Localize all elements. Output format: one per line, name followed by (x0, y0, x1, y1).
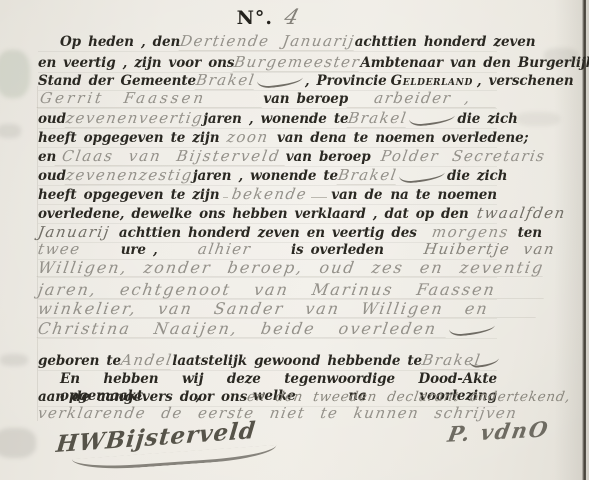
printed-label: en veertig , zijn voor ons (38, 55, 234, 72)
line-declarant2-relation: heeft opgegeven te zijn bekende van de n… (38, 186, 497, 205)
bleed-through-smudge (0, 50, 30, 98)
line-declarant1-relation: heeft opgegeven te zijn zoon van de na t… (38, 129, 497, 148)
printed-label: van beroep (286, 149, 371, 166)
printed-label: ure , (121, 242, 158, 259)
ink-flourish (409, 112, 456, 127)
handwritten-deceased-details: Willigen, zonder beroep, oud zes en zeve… (37, 259, 546, 277)
ink-flourish (399, 169, 446, 184)
printed-label: Ambtenaar van den Burgerlijken (360, 55, 589, 72)
handwritten-hour: twee (37, 241, 82, 258)
printed-label: na te noemen overledene (328, 130, 524, 147)
handwritten-declarant2-occupation: Polder Secretaris (369, 148, 546, 165)
handwritten-declarant1-age: zevenenveertig (65, 110, 205, 128)
printed-label: die zich (457, 111, 517, 128)
line-deceased-details-4: Christina Naaijen, beide overleden (38, 320, 497, 339)
bleed-through-smudge (0, 124, 21, 138)
line-deceased-details-1: Willigen, zonder beroep, oud zes en zeve… (38, 259, 497, 278)
handwritten-place: alhier (196, 241, 252, 258)
handwritten-entry-date: Dertiende Januarij (179, 33, 356, 51)
printed-label: is overleden (291, 242, 384, 259)
handwritten-declarant1-relation: zoon (226, 129, 270, 146)
printed-label: achttien honderd zeven en veertig des (119, 225, 417, 242)
line-deceased-details-2: jaren, echtgenoot van Marinus Faassen (38, 281, 497, 300)
line-date-intro: Op heden , den Dertiende Januarij achtti… (38, 33, 497, 52)
printed-label: laatstelijk gewoond hebbende te (172, 353, 422, 370)
printed-label: overledene (38, 206, 120, 223)
handwritten-declarant2-relation: bekende (231, 186, 309, 203)
printed-label: van de (331, 187, 382, 204)
printed-label: , dewelke ons hebben verklaard , dat op … (120, 206, 469, 223)
handwritten-entry-official: Burgemeester (233, 54, 362, 72)
bleed-through-smudge (516, 112, 560, 126)
bleed-through-smudge (0, 428, 36, 458)
printed-province-chunk: , Provincie Gelderland , verschenen (305, 73, 574, 90)
line-official: en veertig , zijn voor ons Burgemeester … (38, 54, 497, 73)
handwritten-death-day: twaalfden (475, 205, 566, 222)
printed-label: , Provincie (305, 73, 387, 90)
line-declarant2-name: en Claas van Bijsterveld van beroep Pold… (38, 148, 497, 167)
printed-label: jaren , wonende te (203, 111, 348, 128)
printed-province-name: Gelderland (391, 73, 473, 90)
handwritten-deceased-details: winkelier, van Sander van Willigen en (37, 300, 539, 318)
ink-flourish (469, 354, 500, 368)
printed-label: na te noemen (390, 187, 497, 204)
handwritten-deceased-details: jaren, echtgenoot van Marinus Faassen (37, 281, 547, 299)
line-declaration-date: overledene , dewelke ons hebben verklaar… (38, 205, 497, 224)
handwritten-declarant2-residence: Brakel (337, 167, 399, 185)
printed-label: jaren , wonende te (193, 168, 338, 185)
handwritten-time-of-day: morgens (430, 224, 509, 241)
ink-flourish (256, 74, 303, 89)
handwritten-declarant1-residence: Brakel (347, 110, 409, 128)
printed-label: Op heden , den (60, 34, 180, 51)
line-declarant1-name: Gerrit Faassen van beroep arbeider , (38, 90, 497, 109)
page-gutter-shade (554, 0, 582, 480)
ink-dash (223, 197, 228, 198)
ink-flourish (449, 322, 496, 337)
line-declarant1-age: oud zevenenveertig jaren , wonende te Br… (38, 110, 497, 129)
certificate-number-value: 4 (282, 5, 302, 29)
printed-label: die zich (447, 168, 507, 185)
printed-label: , verschenen (477, 73, 574, 90)
printed-label: ; (524, 130, 529, 147)
handwritten-deceased-details: Christina Naaijen, beide overleden (37, 320, 449, 338)
printed-label: van beroep (263, 91, 348, 108)
line-signing-note-2: verklarende de eerste niet te kunnen sch… (38, 405, 497, 422)
printed-label: van de (277, 130, 328, 147)
printed-label: oud (38, 168, 66, 185)
printed-label: achttien honderd zeven (355, 34, 536, 51)
handwritten-entry-gemeente: Brakel (195, 72, 257, 90)
signature-official: P. vdnO (446, 416, 552, 447)
printed-label: heeft opgegeven te zijn (38, 130, 219, 147)
handwritten-deceased-name: Huibertje van (423, 241, 557, 258)
printed-label: Stand der Gemeente (38, 73, 196, 90)
handwritten-declarant1-name: Gerrit Faassen (37, 90, 265, 108)
handwritten-declarant2-age: zevenenzestig (65, 167, 195, 185)
printed-label: geboren te (38, 353, 121, 370)
line-born-at: geboren te Andel laatstelijk gewoond heb… (38, 352, 497, 371)
line-declarant2-age: oud zevenenzestig jaren , wonende te Bra… (38, 167, 497, 186)
line-deceased-details-3: winkelier, van Sander van Willigen en (38, 300, 497, 319)
handwritten-declarant1-occupation: arbeider , (347, 90, 499, 108)
handwritten-death-month: Januarij (37, 224, 112, 241)
death-certificate-page: N°. 4 Op heden , den Dertiende Januarij … (0, 0, 589, 480)
printed-label: oud (38, 111, 66, 128)
ink-dash (311, 197, 327, 198)
certificate-number-label: N°. (237, 7, 273, 29)
certificate-number: N°. 4 (38, 5, 497, 29)
bleed-through-smudge (0, 354, 28, 366)
handwritten-declarant2-name: Claas van Bijsterveld (55, 148, 287, 166)
printed-label: heeft opgegeven te zijn (38, 187, 219, 204)
printed-label: en (38, 149, 56, 166)
handwritten-birthplace: Andel (120, 352, 174, 370)
